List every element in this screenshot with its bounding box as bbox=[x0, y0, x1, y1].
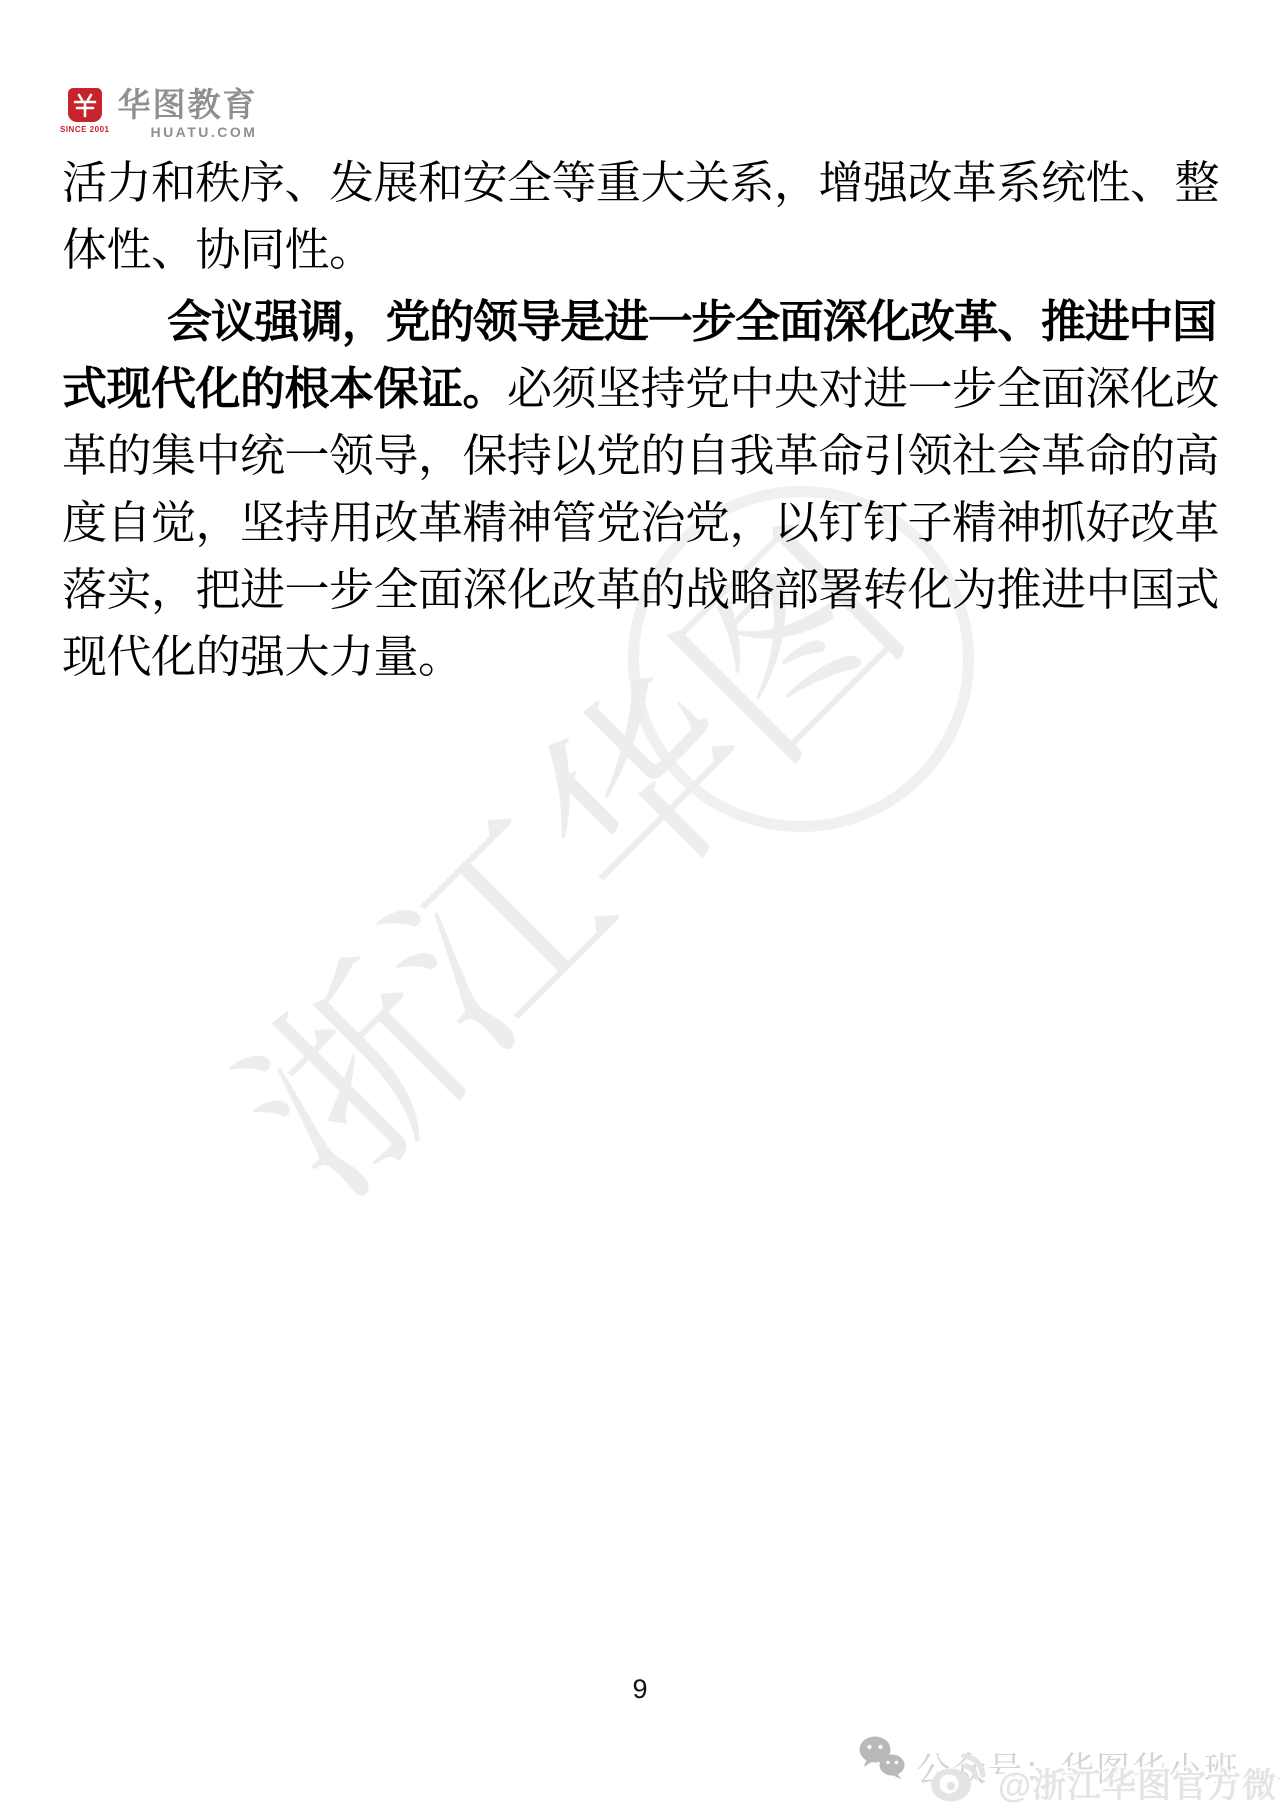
weibo-watermark: @浙江华图官方微博 bbox=[926, 1744, 1280, 1807]
page-number: 9 bbox=[0, 1674, 1280, 1705]
body-text-line: 落实，把进一步全面深化改革的战略部署转化为推进中国式 bbox=[62, 557, 1222, 624]
weibo-icon bbox=[926, 1750, 992, 1804]
huatu-logo: SINCE 2001 华图教育 HUATU.COM bbox=[60, 88, 257, 140]
body-text-line: 体性、协同性。 bbox=[62, 217, 1222, 284]
huatu-badge-icon bbox=[68, 88, 102, 122]
body-text-line: 式现代化的根本保证。必须坚持党中央对进一步全面深化改 bbox=[62, 356, 1222, 423]
wechat-icon bbox=[858, 1735, 906, 1781]
logo-badge-column: SINCE 2001 bbox=[60, 88, 109, 134]
weibo-handle-text: @浙江华图官方微博 bbox=[998, 1758, 1280, 1807]
body-text-line: 会议强调，党的领导是进一步全面深化改革、推进中国 bbox=[62, 289, 1222, 356]
body-text-line: 活力和秩序、发展和安全等重大关系，增强改革系统性、整 bbox=[62, 150, 1222, 217]
brand-name: 华图教育 bbox=[117, 88, 257, 123]
document-body: 活力和秩序、发展和安全等重大关系，增强改革系统性、整 体性、协同性。 会议强调，… bbox=[62, 150, 1222, 691]
huatu-monogram-icon bbox=[72, 92, 98, 118]
regular-text-segment: 必须坚持党中央对进一步全面深化改 bbox=[507, 364, 1219, 414]
document-page: 浙江华图 SINCE 2001 华图教育 HUATU.COM bbox=[0, 0, 1280, 1810]
bold-text-segment: 式现代化的根本保证。 bbox=[62, 364, 507, 414]
brand-domain: HUATU.COM bbox=[150, 124, 257, 140]
body-text-line: 革的集中统一领导，保持以党的自我革命引领社会革命的高 bbox=[62, 423, 1222, 490]
brand-block: 华图教育 HUATU.COM bbox=[117, 88, 257, 140]
body-text-line: 度自觉，坚持用改革精神管党治党，以钉钉子精神抓好改革 bbox=[62, 490, 1222, 557]
body-text-line: 现代化的强大力量。 bbox=[62, 624, 1222, 691]
since-label: SINCE 2001 bbox=[60, 125, 109, 134]
